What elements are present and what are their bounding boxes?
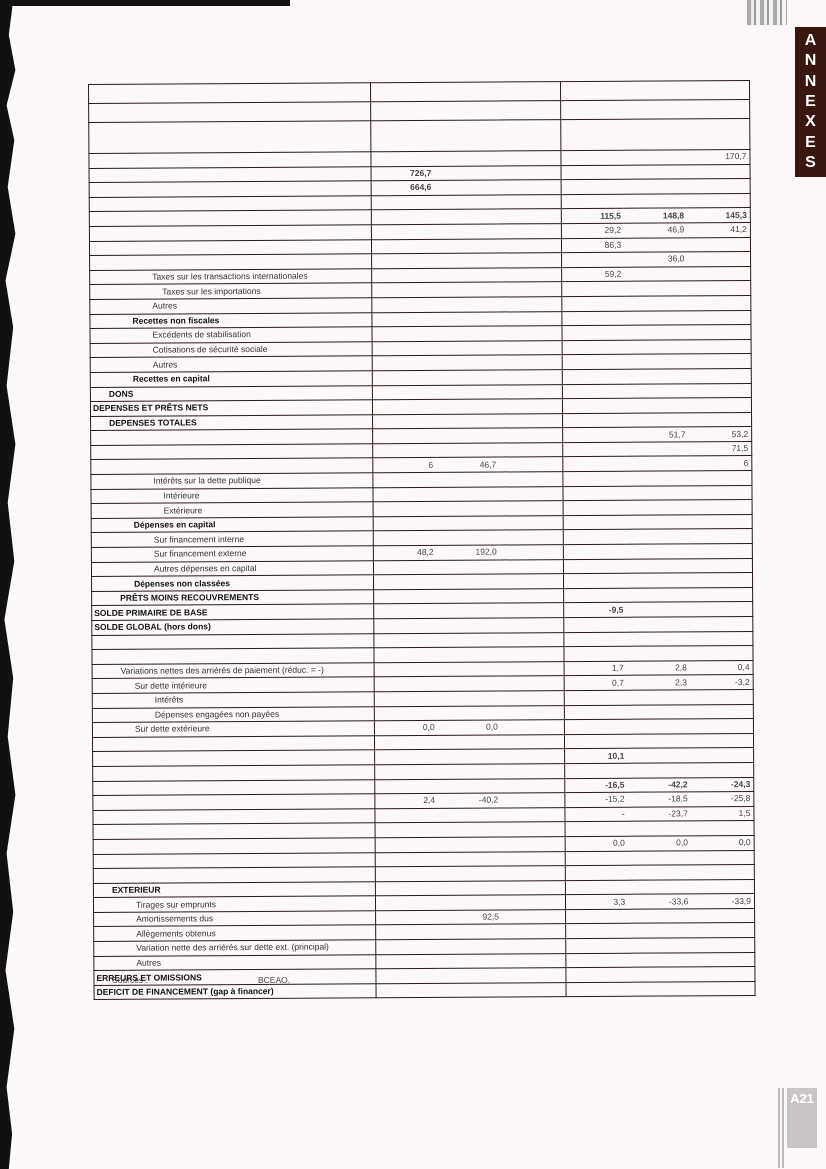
value-cell	[692, 952, 755, 967]
value-cell	[686, 99, 749, 118]
value-cell	[627, 690, 690, 705]
value-cell	[499, 384, 562, 399]
sources-organization: BCEAO.	[258, 975, 290, 985]
value-cell	[372, 297, 435, 312]
value-cell	[564, 763, 627, 778]
value-cell: 71,5	[689, 441, 752, 456]
value-cell	[623, 81, 686, 100]
value-cell	[500, 515, 563, 530]
value-cell	[437, 662, 500, 677]
value-cell	[500, 530, 563, 545]
value-cell	[688, 368, 751, 383]
value-cell	[372, 239, 435, 254]
value-cell	[498, 194, 561, 209]
value-cell: -9,5	[563, 603, 626, 618]
value-cell	[689, 587, 752, 602]
value-cell: 46,7	[436, 457, 499, 472]
value-cell	[372, 254, 435, 269]
value-cell	[565, 924, 628, 939]
annexes-side-tab: ANNEXES	[795, 27, 826, 177]
value-cell	[562, 384, 625, 399]
value-cell	[372, 370, 435, 385]
value-cell: 0,0	[375, 721, 438, 736]
value-cell	[373, 472, 436, 487]
value-cell	[437, 633, 500, 648]
value-cell	[499, 413, 562, 428]
value-cell	[438, 837, 501, 852]
value-cell	[434, 166, 497, 181]
value-cell	[561, 311, 624, 326]
value-cell: 0,0	[565, 836, 628, 851]
value-cell	[436, 516, 499, 531]
value-cell	[372, 385, 435, 400]
value-cell	[691, 850, 754, 865]
value-cell	[497, 151, 560, 166]
value-cell	[628, 938, 691, 953]
value-cell	[436, 530, 499, 545]
value-cell	[374, 648, 437, 663]
page-badge-stripes	[778, 1088, 786, 1168]
value-cell	[561, 296, 624, 311]
value-cell: -33,6	[628, 894, 691, 909]
value-cell	[501, 778, 564, 793]
value-cell	[500, 559, 563, 574]
value-cell	[564, 719, 627, 734]
value-cell	[626, 602, 689, 617]
value-cell	[627, 748, 690, 763]
value-cell	[689, 543, 752, 558]
value-cell	[501, 807, 564, 822]
annexes-tab-letter: N	[805, 73, 817, 91]
value-cell	[374, 560, 437, 575]
value-cell	[436, 370, 499, 385]
value-cell	[629, 982, 692, 997]
value-cell: 59,2	[561, 267, 624, 282]
value-cell: 46,9	[624, 223, 687, 238]
value-cell	[501, 749, 564, 764]
value-cell	[628, 909, 691, 924]
value-cell	[689, 485, 752, 500]
value-cell	[689, 602, 752, 617]
value-cell	[566, 982, 629, 997]
fiscal-operations-table: 170,7726,7664,6115,5148,8145,329,246,941…	[88, 80, 756, 1000]
value-cell: 2,8	[627, 661, 690, 676]
value-cell: 92,5	[439, 910, 502, 925]
value-cell	[562, 486, 625, 501]
value-cell	[375, 808, 438, 823]
value-cell	[687, 164, 750, 179]
value-cell	[626, 573, 689, 588]
value-cell	[501, 691, 564, 706]
value-cell	[438, 735, 501, 750]
value-cell	[688, 383, 751, 398]
value-cell: 0,7	[564, 676, 627, 691]
value-cell	[625, 413, 688, 428]
value-cell	[625, 369, 688, 384]
value-cell	[435, 341, 498, 356]
value-cell	[501, 705, 564, 720]
annexes-tab-letter: X	[805, 113, 816, 131]
value-cell: 170,7	[687, 149, 750, 164]
value-cell	[502, 939, 565, 954]
value-cell	[438, 851, 501, 866]
value-cell	[562, 413, 625, 428]
value-cell	[563, 646, 626, 661]
value-cell	[436, 414, 499, 429]
value-cell	[499, 442, 562, 457]
value-cell	[435, 268, 498, 283]
value-cell	[438, 764, 501, 779]
value-cell	[374, 691, 437, 706]
value-cell	[500, 574, 563, 589]
value-cell	[689, 529, 752, 544]
value-cell: -15,2	[564, 792, 627, 807]
value-cell: -42,2	[627, 777, 690, 792]
row-label: DEFICIT DE FINANCEMENT (gap à financer)	[94, 984, 376, 1000]
value-cell	[692, 981, 755, 996]
value-cell	[375, 750, 438, 765]
value-cell	[624, 194, 687, 209]
value-cell	[626, 529, 689, 544]
value-cell	[437, 560, 500, 575]
value-cell	[563, 530, 626, 545]
value-cell	[371, 101, 434, 120]
value-cell	[498, 238, 561, 253]
annexes-tab-letter: N	[805, 52, 817, 70]
value-cell	[687, 193, 750, 208]
value-cell	[498, 282, 561, 297]
value-cell	[626, 485, 689, 500]
value-cell: -25,8	[691, 792, 754, 807]
value-cell	[438, 706, 501, 721]
value-cell	[435, 326, 498, 341]
value-cell	[373, 429, 436, 444]
value-cell	[438, 779, 501, 794]
row-label	[89, 83, 371, 104]
value-cell	[625, 310, 688, 325]
value-cell	[439, 866, 502, 881]
value-cell	[439, 895, 502, 910]
value-cell	[565, 938, 628, 953]
value-cell	[434, 180, 497, 195]
value-cell	[690, 704, 753, 719]
value-cell	[690, 689, 753, 704]
value-cell	[565, 851, 628, 866]
value-cell	[435, 253, 498, 268]
value-cell	[372, 283, 435, 298]
value-cell	[499, 501, 562, 516]
value-cell	[628, 952, 691, 967]
value-cell	[689, 500, 752, 515]
value-cell	[561, 252, 624, 267]
value-cell	[435, 224, 498, 239]
value-cell	[502, 953, 565, 968]
value-cell: 29,2	[561, 223, 624, 238]
value-cell: 145,3	[687, 208, 750, 223]
value-cell	[626, 588, 689, 603]
value-cell	[561, 179, 624, 194]
value-cell	[563, 515, 626, 530]
value-cell	[687, 266, 750, 281]
value-cell	[436, 399, 499, 414]
value-cell: -33,9	[691, 894, 754, 909]
value-cell	[436, 428, 499, 443]
value-cell	[437, 603, 500, 618]
value-cell	[437, 691, 500, 706]
value-cell	[371, 120, 434, 151]
value-cell	[626, 515, 689, 530]
value-cell	[499, 399, 562, 414]
annexes-tab-letter: A	[805, 32, 817, 50]
value-cell	[689, 558, 752, 573]
value-cell	[501, 720, 564, 735]
value-cell	[371, 151, 434, 166]
value-cell	[498, 326, 561, 341]
scan-edge-top	[0, 0, 290, 6]
value-cell	[373, 531, 436, 546]
value-cell	[371, 82, 434, 101]
value-cell	[688, 339, 751, 354]
value-cell	[687, 252, 750, 267]
value-cell	[563, 617, 626, 632]
scan-torn-edge	[0, 0, 22, 1169]
value-cell	[692, 938, 755, 953]
value-cell	[502, 895, 565, 910]
value-cell	[688, 354, 751, 369]
value-cell	[499, 370, 562, 385]
value-cell	[563, 559, 626, 574]
sources-note: Sources : BCEAO.	[112, 975, 412, 985]
value-cell	[625, 340, 688, 355]
value-cell	[375, 779, 438, 794]
value-cell	[435, 282, 498, 297]
value-cell: 0,0	[438, 720, 501, 735]
value-cell	[376, 910, 439, 925]
value-cell: 115,5	[561, 209, 624, 224]
value-cell	[624, 179, 687, 194]
value-cell	[439, 881, 502, 896]
value-cell	[501, 837, 564, 852]
value-cell: 0,0	[691, 835, 754, 850]
value-cell	[627, 763, 690, 778]
value-cell	[373, 502, 436, 517]
value-cell	[497, 82, 560, 101]
value-cell	[691, 923, 754, 938]
value-cell	[625, 383, 688, 398]
value-cell	[435, 209, 498, 224]
value-cell	[436, 487, 499, 502]
value-cell	[438, 749, 501, 764]
value-cell: 3,3	[565, 894, 628, 909]
value-cell	[439, 968, 502, 983]
value-cell	[565, 967, 628, 982]
value-cell: 0,0	[628, 836, 691, 851]
value-cell	[688, 325, 751, 340]
value-cell	[375, 837, 438, 852]
table-row	[89, 118, 750, 153]
value-cell: -24,3	[691, 777, 754, 792]
value-cell	[438, 822, 501, 837]
value-cell	[371, 210, 434, 225]
value-cell	[624, 150, 687, 165]
value-cell	[498, 209, 561, 224]
value-cell	[434, 195, 497, 210]
value-cell	[689, 514, 752, 529]
value-cell: 41,2	[687, 222, 750, 237]
value-cell	[564, 734, 627, 749]
value-cell	[565, 953, 628, 968]
value-cell	[687, 118, 750, 149]
value-cell	[626, 617, 689, 632]
annexes-tab-letter: E	[805, 93, 816, 111]
value-cell	[373, 516, 436, 531]
value-cell	[629, 967, 692, 982]
value-cell	[499, 428, 562, 443]
value-cell	[434, 82, 497, 101]
value-cell	[628, 880, 691, 895]
value-cell	[500, 647, 563, 662]
value-cell	[374, 662, 437, 677]
value-cell	[500, 545, 563, 560]
value-cell: 2,3	[627, 675, 690, 690]
value-cell	[691, 879, 754, 894]
value-cell	[690, 616, 753, 631]
value-cell	[562, 457, 625, 472]
value-cell	[375, 764, 438, 779]
barcode-mark	[747, 0, 787, 25]
value-cell	[375, 852, 438, 867]
value-cell	[499, 457, 562, 472]
value-cell	[499, 355, 562, 370]
value-cell	[437, 589, 500, 604]
value-cell: 53,2	[688, 427, 751, 442]
value-cell	[437, 574, 500, 589]
value-cell	[501, 822, 564, 837]
value-cell	[502, 909, 565, 924]
value-cell	[500, 618, 563, 633]
value-cell	[372, 268, 435, 283]
value-cell	[563, 632, 626, 647]
value-cell	[371, 195, 434, 210]
value-cell: 192,0	[437, 545, 500, 560]
value-cell	[502, 924, 565, 939]
value-cell	[497, 180, 560, 195]
value-cell	[375, 823, 438, 838]
value-cell	[376, 954, 439, 969]
value-cell: -40,2	[438, 793, 501, 808]
value-cell	[624, 267, 687, 282]
value-cell: 6	[689, 456, 752, 471]
value-cell	[437, 676, 500, 691]
value-cell	[498, 340, 561, 355]
value-cell	[435, 297, 498, 312]
annexes-tab-letter: E	[805, 134, 816, 152]
value-cell	[625, 442, 688, 457]
value-cell: 2,4	[375, 793, 438, 808]
value-cell	[689, 573, 752, 588]
value-cell	[374, 677, 437, 692]
value-cell	[690, 631, 753, 646]
value-cell	[373, 414, 436, 429]
value-cell	[625, 354, 688, 369]
row-label	[89, 121, 371, 154]
value-cell	[624, 296, 687, 311]
value-cell	[560, 81, 623, 100]
value-cell	[561, 194, 624, 209]
value-cell	[687, 179, 750, 194]
value-cell	[565, 822, 628, 837]
value-cell	[623, 100, 686, 119]
value-cell	[502, 866, 565, 881]
value-cell	[375, 735, 438, 750]
value-cell	[560, 100, 623, 119]
value-cell	[502, 851, 565, 866]
value-cell	[627, 719, 690, 734]
value-cell	[376, 939, 439, 954]
value-cell	[498, 311, 561, 326]
value-cell	[434, 120, 497, 151]
value-cell: 36,0	[624, 252, 687, 267]
value-cell	[498, 297, 561, 312]
table-body: 170,7726,7664,6115,5148,8145,329,246,941…	[89, 80, 756, 999]
value-cell	[371, 224, 434, 239]
value-cell: 48,2	[373, 545, 436, 560]
value-cell: 664,6	[371, 181, 434, 196]
value-cell	[690, 719, 753, 734]
value-cell	[628, 865, 691, 880]
value-cell: 1,5	[691, 806, 754, 821]
value-cell	[436, 472, 499, 487]
value-cell: 726,7	[371, 166, 434, 181]
value-cell	[628, 923, 691, 938]
value-cell	[623, 119, 686, 150]
value-cell: -	[564, 807, 627, 822]
value-cell	[691, 908, 754, 923]
value-cell	[438, 808, 501, 823]
value-cell	[627, 734, 690, 749]
value-cell	[690, 748, 753, 763]
value-cell	[627, 704, 690, 719]
value-cell	[690, 646, 753, 661]
value-cell	[434, 151, 497, 166]
value-cell	[436, 443, 499, 458]
value-cell	[624, 164, 687, 179]
value-cell	[376, 983, 439, 998]
value-cell	[565, 865, 628, 880]
value-cell	[624, 237, 687, 252]
value-cell	[562, 325, 625, 340]
value-cell: 1,7	[564, 661, 627, 676]
value-cell: -18,5	[628, 792, 691, 807]
value-cell	[563, 500, 626, 515]
value-cell	[373, 487, 436, 502]
value-cell	[563, 588, 626, 603]
page-number-badge: A21	[787, 1088, 817, 1148]
value-cell	[497, 165, 560, 180]
value-cell	[691, 821, 754, 836]
value-cell	[689, 471, 752, 486]
value-cell	[375, 866, 438, 881]
value-cell	[501, 734, 564, 749]
row-label	[89, 102, 371, 123]
value-cell: 148,8	[624, 208, 687, 223]
value-cell	[688, 310, 751, 325]
value-cell	[562, 340, 625, 355]
value-cell	[498, 253, 561, 268]
value-cell	[628, 850, 691, 865]
value-cell	[686, 80, 749, 99]
value-cell	[439, 954, 502, 969]
